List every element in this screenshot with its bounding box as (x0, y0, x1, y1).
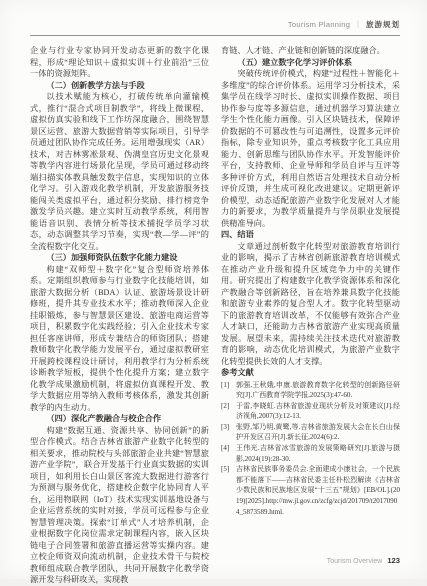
article-body: 企业与行业专家协同开发动态更新的数字化课程，形成“理论知识＋虚拟实训＋行业前沿”… (30, 45, 400, 586)
reference-text: 郭强,王秋娥,申康.旅游教育数字化转型的创新路径研究[J].广西教育学院学报,2… (236, 380, 400, 401)
header-divider: ｜ (354, 20, 362, 29)
subsection-heading-4: （四）深化产教融合与校企合作 (30, 413, 209, 425)
reference-item: [1] 郭强,王秋娥,申康.旅游教育数字化转型的创新路径研究[J].广西教育学院… (221, 380, 400, 401)
paragraph-continued: 育链、人才链、产业链和创新链的深度融合。 (221, 45, 400, 57)
reference-marker: [3] (221, 422, 236, 443)
paragraph-continued: 企业与行业专家协同开发动态更新的数字化课程，形成“理论知识＋虚拟实训＋行业前沿”… (30, 45, 209, 80)
references-heading: 参考文献 (221, 367, 400, 379)
page-footer: Tourism Overview123 (327, 556, 400, 565)
reference-text: 于雷,李晓虹.吉林省旅游业现状分析及对策建议[J].经济视角,2007(3):1… (236, 401, 400, 422)
page-number: 123 (387, 556, 400, 565)
paragraph: 构建“数据互通、资源共享、协同创新”的新型合作模式。结合吉林省旅游产业数字化转型… (30, 425, 209, 586)
subsection-heading-2: （二）创新教学方法与手段 (30, 80, 209, 92)
journal-page: Tourism Planning｜旅游规划 企业与行业专家协同开发动态更新的数字… (0, 0, 427, 579)
header-section-title-en: Tourism Planning (288, 20, 350, 29)
column-left: 企业与行业专家协同开发动态更新的数字化课程，形成“理论知识＋虚拟实训＋行业前沿”… (30, 45, 209, 586)
reference-item: [4] 王伟光.吉林省冰雪旅游的发展策略研究[J].旅游与摄影,2024(19)… (221, 443, 400, 464)
reference-marker: [1] (221, 380, 236, 401)
subsection-heading-5: （五）建立数字化学习评价体系 (221, 57, 400, 69)
reference-text: 吉林省民族事务委员会.全面建成小康社会，一个民族都不能落下——吉林省民委主任朴松… (236, 464, 400, 517)
reference-text: 张野,邹乃明,黄鹭,等.吉林省旅游发展大会在长白山保护开发区召开[J].新长征,… (236, 422, 400, 443)
column-right: 育链、人才链、产业链和创新链的深度融合。 （五）建立数字化学习评价体系 突破传统… (221, 45, 400, 586)
reference-marker: [4] (221, 443, 236, 464)
conclusion-heading: 四、结语 (221, 229, 400, 241)
footer-journal-name: Tourism Overview (327, 558, 383, 565)
reference-item: [2] 于雷,李晓虹.吉林省旅游业现状分析及对策建议[J].经济视角,2007(… (221, 401, 400, 422)
header-rule (30, 35, 400, 36)
reference-text: 王伟光.吉林省冰雪旅游的发展策略研究[J].旅游与摄影,2024(19):28-… (236, 443, 400, 464)
reference-list: [1] 郭强,王秋娥,申康.旅游教育数字化转型的创新路径研究[J].广西教育学院… (221, 380, 400, 518)
reference-marker: [5] (221, 464, 236, 517)
paragraph: 构建“双师型＋数字化”复合型师资培养体系。定期组织教师参与行业数字化技能培训，如… (30, 264, 209, 414)
reference-item: [3] 张野,邹乃明,黄鹭,等.吉林省旅游发展大会在长白山保护开发区召开[J].… (221, 422, 400, 443)
paragraph: 以技术赋能为核心，打破传统单向灌输模式，推行“混合式项目制教学”，将线上微课程、… (30, 91, 209, 252)
paragraph: 突破传统评价模式，构建“过程性＋智能化＋多维度”的综合评价体系。运用学习分析技术… (221, 68, 400, 229)
conclusion-paragraph: 文章通过剖析数字化转型对旅游教育培训行业的影响，揭示了吉林省创新旅游教育培训模式… (221, 241, 400, 368)
page-header: Tourism Planning｜旅游规划 (30, 13, 400, 30)
subsection-heading-3: （三）加强师资队伍数字化能力建设 (30, 252, 209, 264)
header-section-title-cn: 旅游规划 (366, 20, 400, 29)
reference-item: [5] 吉林省民族事务委员会.全面建成小康社会，一个民族都不能落下——吉林省民委… (221, 464, 400, 517)
reference-marker: [2] (221, 401, 236, 422)
